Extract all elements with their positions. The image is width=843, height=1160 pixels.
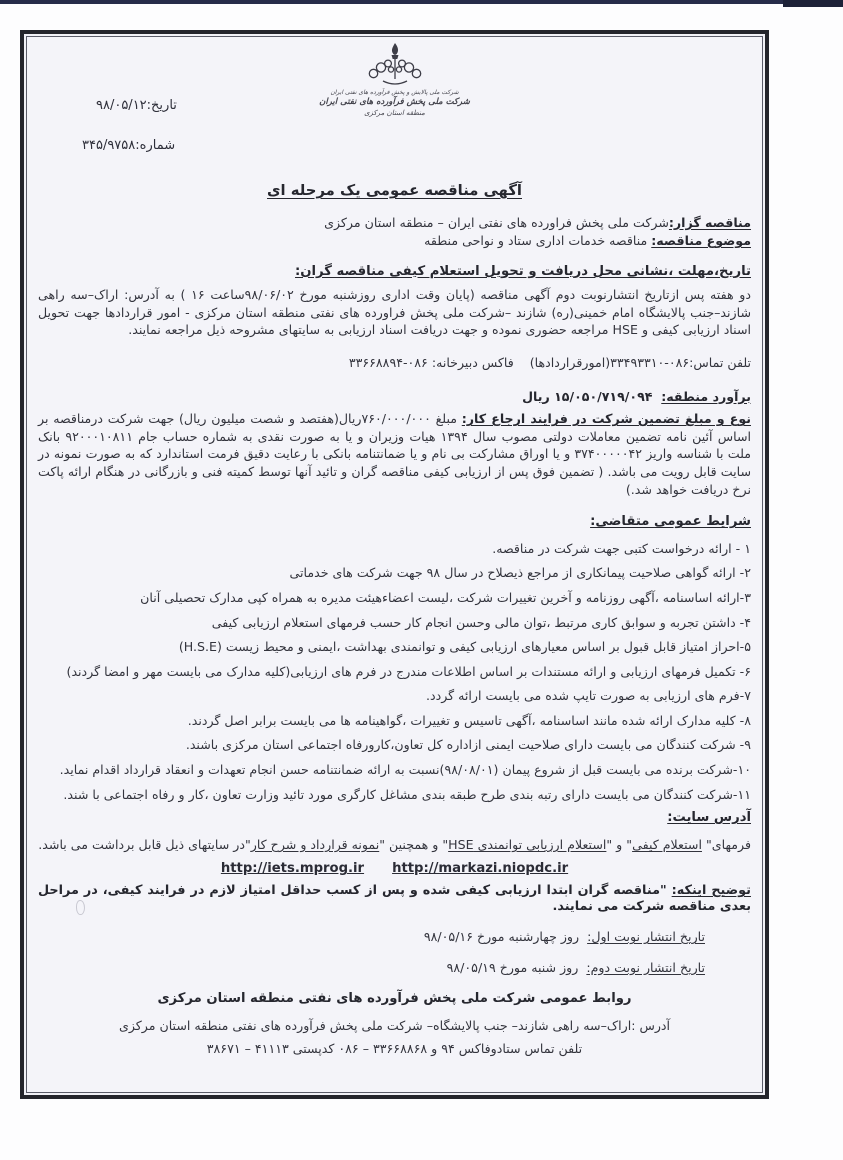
organizer-line: مناقصه گزار:شرکت ملی پخش فراورده های نفت… — [38, 214, 751, 233]
website-note-underlined-term: استعلام کیفی — [632, 837, 702, 852]
conditions-heading: شرایط عمومی متقاضی: — [38, 513, 751, 531]
scan-edge-corner — [783, 0, 843, 7]
condition-item: ۴- داشتن تجربه و سوابق کاری مرتبط ،توان … — [38, 611, 751, 636]
second-publication-line: تاریخ انتشار نوبت دوم: روز شنبه مورخ ۹۸/… — [38, 959, 705, 977]
condition-item: ۸- کلیه مدارک ارائه شده مانند اساسنامه ،… — [38, 709, 751, 734]
website-link[interactable]: http://iets.mprog.ir — [221, 860, 364, 878]
page-title: آگهی مناقصه عمومی یک مرحله ای — [38, 182, 751, 200]
guarantee-paragraph: نوع و مبلغ تضمین شرکت در فرایند ارجاع کا… — [38, 410, 751, 498]
contact-phone-line: تلفن تماس:۰۸۶-۳۳۴۹۳۳۱۰(امورقراردادها) فا… — [38, 354, 751, 372]
estimate-line: برآورد منطقه: ۱۵/۰۵۰/۷۱۹/۰۹۴ ریال — [38, 388, 751, 406]
website-note-text: " و همچنین " — [379, 837, 448, 852]
condition-item: ۶- تکمیل فرمهای ارزیابی و ارائه مستندات … — [38, 660, 751, 685]
second-publication-value: روز شنبه مورخ ۹۸/۰۵/۱۹ — [447, 960, 587, 975]
condition-item: ۲- ارائه گواهی صلاحیت پیمانکاری از مراجع… — [38, 561, 751, 586]
document-frame: شرکت ملی پالایش و پخش فرآورده های نفتی ا… — [20, 30, 769, 1099]
estimate-value: ۱۵/۰۵۰/۷۱۹/۰۹۴ ریال — [522, 389, 661, 404]
subject-line: موضوع مناقصه: مناقصه خدمات اداری ستاد و … — [38, 232, 751, 251]
organizer-label: مناقصه گزار: — [669, 215, 751, 230]
condition-item: ۹- شرکت کنندگان می بایست دارای صلاحیت ای… — [38, 733, 751, 758]
website-note-underlined-term: استعلام ارزیابی توانمندی HSE — [448, 837, 606, 852]
website-note: فرمهای" استعلام کیفی" و "استعلام ارزیابی… — [38, 836, 751, 854]
website-note-text: فرمهای" — [702, 837, 751, 852]
website-heading: آدرس سایت: — [38, 809, 751, 827]
condition-item: ۱ - ارائه درخواست کتبی جهت شرکت در مناقص… — [38, 537, 751, 562]
estimate-label: برآورد منطقه: — [661, 389, 751, 404]
organizer-value: شرکت ملی پخش فراورده های نفتی ایران – من… — [324, 215, 669, 230]
first-publication-line: تاریخ انتشار نوبت اول: روز چهارشنبه مورخ… — [38, 928, 705, 946]
scan-edge-strip — [0, 0, 843, 4]
document-body: آگهی مناقصه عمومی یک مرحله ای مناقصه گزا… — [24, 34, 765, 1095]
second-publication-label: تاریخ انتشار نوبت دوم: — [586, 960, 705, 975]
condition-item: ۳-ارائه اساسنامه ،آگهی روزنامه و آخرین ت… — [38, 586, 751, 611]
footer-address-line: آدرس :اراک–سه راهی شازند– جنب پالایشگاه–… — [38, 1017, 751, 1035]
scanned-tender-document: { "scan": { "date": "تاریخ:۹۸/۰۵/۱۲", "n… — [0, 0, 843, 1160]
delivery-section-paragraph: دو هفته پس ازتاریخ انتشارنوبت دوم آگهی م… — [38, 286, 751, 339]
notice-label: توضیح اینکه: — [672, 883, 751, 898]
condition-item: ۱۱-شرکت کنندگان می بایست دارای رتبه بندی… — [38, 783, 751, 808]
subject-label: موضوع مناقصه: — [651, 233, 751, 248]
condition-item: ۱۰-شرکت برنده می بایست قبل از شروع پیمان… — [38, 758, 751, 783]
condition-item: ۵-احراز امتیاز قابل قبول بر اساس معیارها… — [38, 635, 751, 660]
conditions-list: ۱ - ارائه درخواست کتبی جهت شرکت در مناقص… — [38, 537, 751, 808]
notice-body: "مناقصه گران ابتدا ارزیابی کیفی شده و پس… — [38, 883, 751, 914]
delivery-section-heading: تاریخ،مهلت ،نشانی محل دریافت و تحویل است… — [38, 263, 751, 281]
website-note-text: "در سایتهای ذیل قابل برداشت می باشد. — [38, 837, 250, 852]
website-note-text: " و " — [606, 837, 632, 852]
notice-paragraph: توضیح اینکه: "مناقصه گران ابتدا ارزیابی … — [38, 883, 751, 914]
condition-item: ۷-فرم های ارزیابی به صورت تایپ شده می با… — [38, 684, 751, 709]
footer-phone-line: تلفن تماس ستادوفاکس ۹۴ و ۳۳۶۶۸۸۶۸ – ۰۸۶ … — [38, 1040, 751, 1058]
first-publication-value: روز چهارشنبه مورخ ۹۸/۰۵/۱۶ — [424, 929, 587, 944]
website-note-underlined-term: نمونه قرارداد و شرح کار — [251, 837, 379, 852]
guarantee-label: نوع و مبلغ تضمین شرکت در فرایند ارجاع کا… — [462, 411, 751, 426]
public-relations-line: روابط عمومی شرکت ملی پخش فرآورده های نفت… — [38, 990, 751, 1008]
first-publication-label: تاریخ انتشار نوبت اول: — [587, 929, 705, 944]
website-urls: http://iets.mprog.irhttp://markazi.niopd… — [38, 860, 751, 878]
website-link[interactable]: http://markazi.niopdc.ir — [392, 860, 568, 878]
subject-value: مناقصه خدمات اداری ستاد و نواحی منطقه — [424, 233, 651, 248]
